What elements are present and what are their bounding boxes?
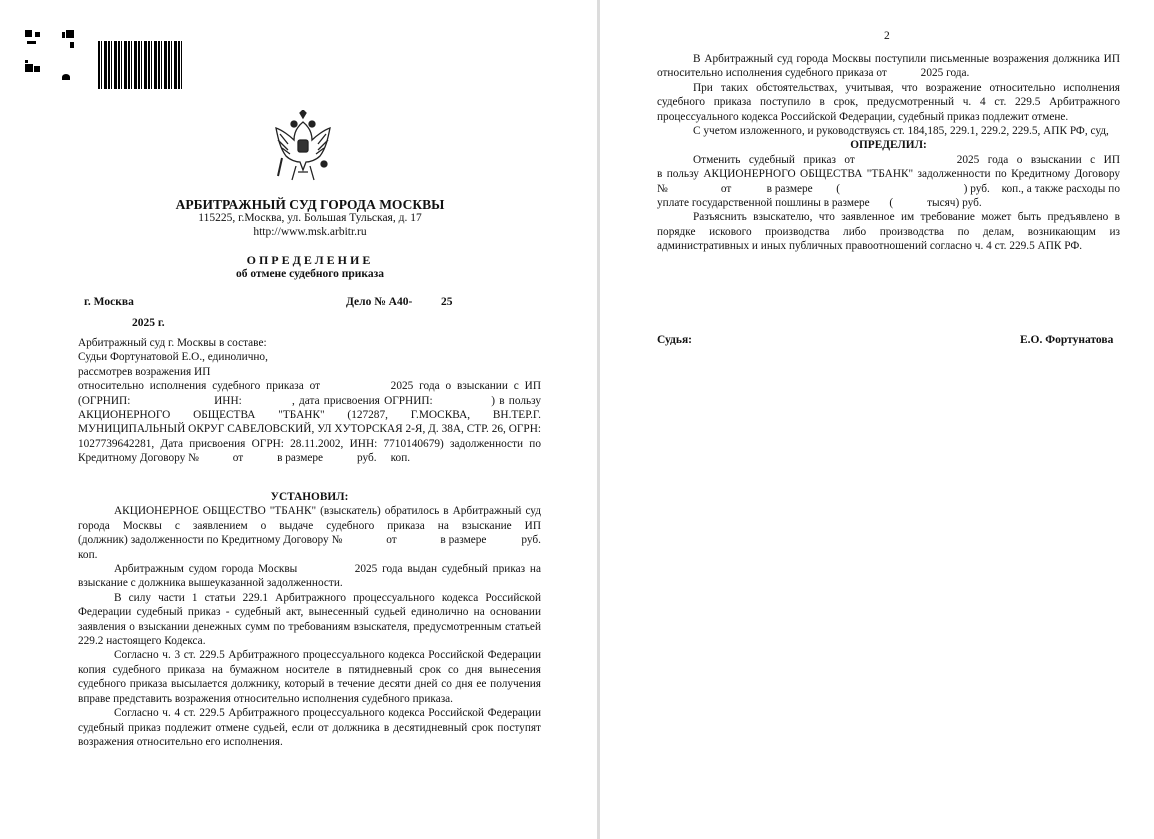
established-section: УСТАНОВИЛ: АКЦИОНЕРНОЕ ОБЩЕСТВО "ТБАНК" … — [78, 490, 541, 749]
barcode-icon — [98, 41, 182, 89]
intro-paragraph: относительно исполнения судебного приказ… — [78, 379, 541, 465]
page-number: 2 — [884, 30, 890, 42]
intro-line: Судьи Фортунатовой Е.О., единолично, — [78, 350, 541, 364]
paragraph: Арбитражным судом города Москвы 2025 год… — [78, 562, 541, 591]
qr-code-icon — [60, 30, 78, 48]
court-address: 115225, г.Москва, ул. Большая Тульская, … — [0, 212, 620, 224]
paragraph: С учетом изложенного, и руководствуясь с… — [657, 124, 1120, 138]
paragraph: АКЦИОНЕРНОЕ ОБЩЕСТВО "ТБАНК" (взыскатель… — [78, 504, 541, 562]
court-website: http://www.msk.arbitr.ru — [0, 226, 620, 238]
paragraph: В Арбитражный суд города Москвы поступил… — [657, 52, 1120, 81]
paragraph: Согласно ч. 3 ст. 229.5 Арбитражного про… — [78, 648, 541, 706]
intro-line: рассмотрев возражения ИП — [78, 365, 541, 379]
paragraph: В силу части 1 статьи 229.1 Арбитражного… — [78, 591, 541, 649]
document-page-1: АРБИТРАЖНЫЙ СУД ГОРОДА МОСКВЫ 115225, г.… — [0, 0, 598, 839]
intro-block: Арбитражный суд г. Москвы в составе: Суд… — [78, 336, 541, 466]
document-type: ОПРЕДЕЛЕНИЕ — [0, 253, 620, 268]
page2-body: В Арбитражный суд города Москвы поступил… — [657, 52, 1120, 254]
document-subtitle: об отмене судебного приказа — [0, 268, 620, 280]
qr-code-icon — [62, 74, 70, 80]
page-divider — [597, 0, 600, 839]
court-name: АРБИТРАЖНЫЙ СУД ГОРОДА МОСКВЫ — [0, 197, 620, 213]
document-date: 2025 г. — [132, 317, 165, 329]
section-heading-decided: ОПРЕДЕЛИЛ: — [657, 138, 1120, 152]
case-number: Дело № А40- 25 — [346, 296, 453, 308]
paragraph: Согласно ч. 4 ст. 229.5 Арбитражного про… — [78, 706, 541, 749]
judge-name: Е.О. Фортунатова — [1020, 334, 1113, 346]
intro-line: Арбитражный суд г. Москвы в составе: — [78, 336, 541, 350]
signature-label: Судья: — [657, 334, 692, 346]
paragraph: Разъяснить взыскателю, что заявленное им… — [657, 210, 1120, 253]
qr-code-icon — [25, 30, 43, 48]
paragraph: Отменить судебный приказ от 2025 года о … — [657, 153, 1120, 211]
section-heading-established: УСТАНОВИЛ: — [78, 490, 541, 504]
qr-code-icon — [25, 60, 43, 78]
city: г. Москва — [84, 296, 134, 308]
paragraph: При таких обстоятельствах, учитывая, что… — [657, 81, 1120, 124]
coat-of-arms-emblem-icon — [272, 110, 334, 184]
